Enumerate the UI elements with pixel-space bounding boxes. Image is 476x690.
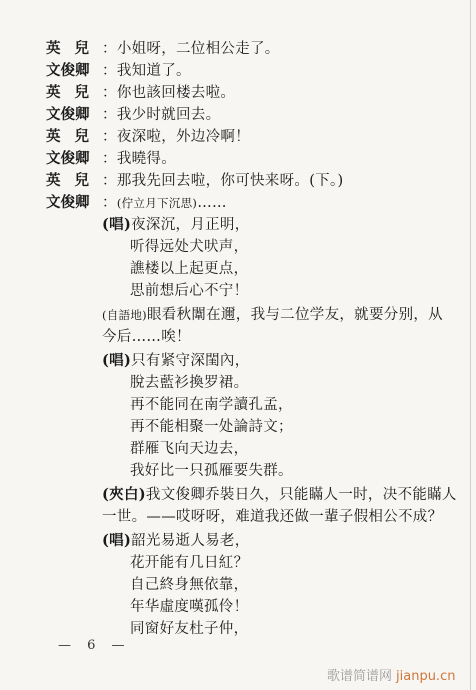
song-text: (唱)韶光易逝人易老， [102, 530, 250, 552]
dialogue-text: ：我知道了。 [102, 60, 191, 82]
aside-text: (夾白)我文俊卿乔裝日久，只能瞞人一时，决不能瞞人 [102, 484, 457, 506]
dialogue-text: ：(佇立月下沉思)…… [102, 192, 227, 214]
sing-marker: (唱) [102, 532, 131, 549]
sing-marker: (唱) [102, 352, 131, 369]
watermark: 歌谱简谱网jianpu.cn [327, 665, 455, 684]
speaker-name: 文俊卿 [46, 104, 102, 126]
speaker-name: 英兒 [46, 82, 102, 104]
song-text: (唱)夜深沉，月正明， [102, 214, 250, 236]
dialogue-text: ：我少时就回去。 [102, 104, 220, 126]
dialogue-text: ：那我先回去啦，你可快来呀。(下。) [102, 170, 343, 192]
sing-marker: (唱) [102, 216, 131, 233]
watermark-site-name: 歌谱简谱网 [327, 669, 392, 684]
monologue-text: (自語地)眼看秋闈在邇，我与二位学友，就要分别，从 [102, 304, 443, 326]
stage-direction: (佇立月下沉思) [117, 196, 197, 210]
speaker-name: 文俊卿 [46, 148, 102, 170]
speaker-name: 英兒 [46, 170, 102, 192]
speaker-name: 文俊卿 [46, 60, 102, 82]
speaker-name: 英兒 [46, 38, 102, 60]
page-number: — 6 — [58, 638, 131, 653]
dialogue-text: ：我曉得。 [102, 148, 176, 170]
page-edge-line [470, 0, 471, 690]
stage-direction: (自語地) [102, 308, 147, 322]
dialogue-text: ：小姐呀，二位相公走了。 [102, 38, 280, 60]
speaker-name: 英兒 [46, 126, 102, 148]
song-text: (唱)只有紧守深閨內， [102, 350, 250, 372]
dialogue-text: ：夜深啦，外边冷啊！ [102, 126, 250, 148]
aside-marker: (夾白) [102, 486, 146, 503]
speaker-name: 文俊卿 [46, 192, 102, 214]
dialogue-text: ：你也該回楼去啦。 [102, 82, 235, 104]
watermark-domain: jianpu.cn [396, 669, 455, 684]
